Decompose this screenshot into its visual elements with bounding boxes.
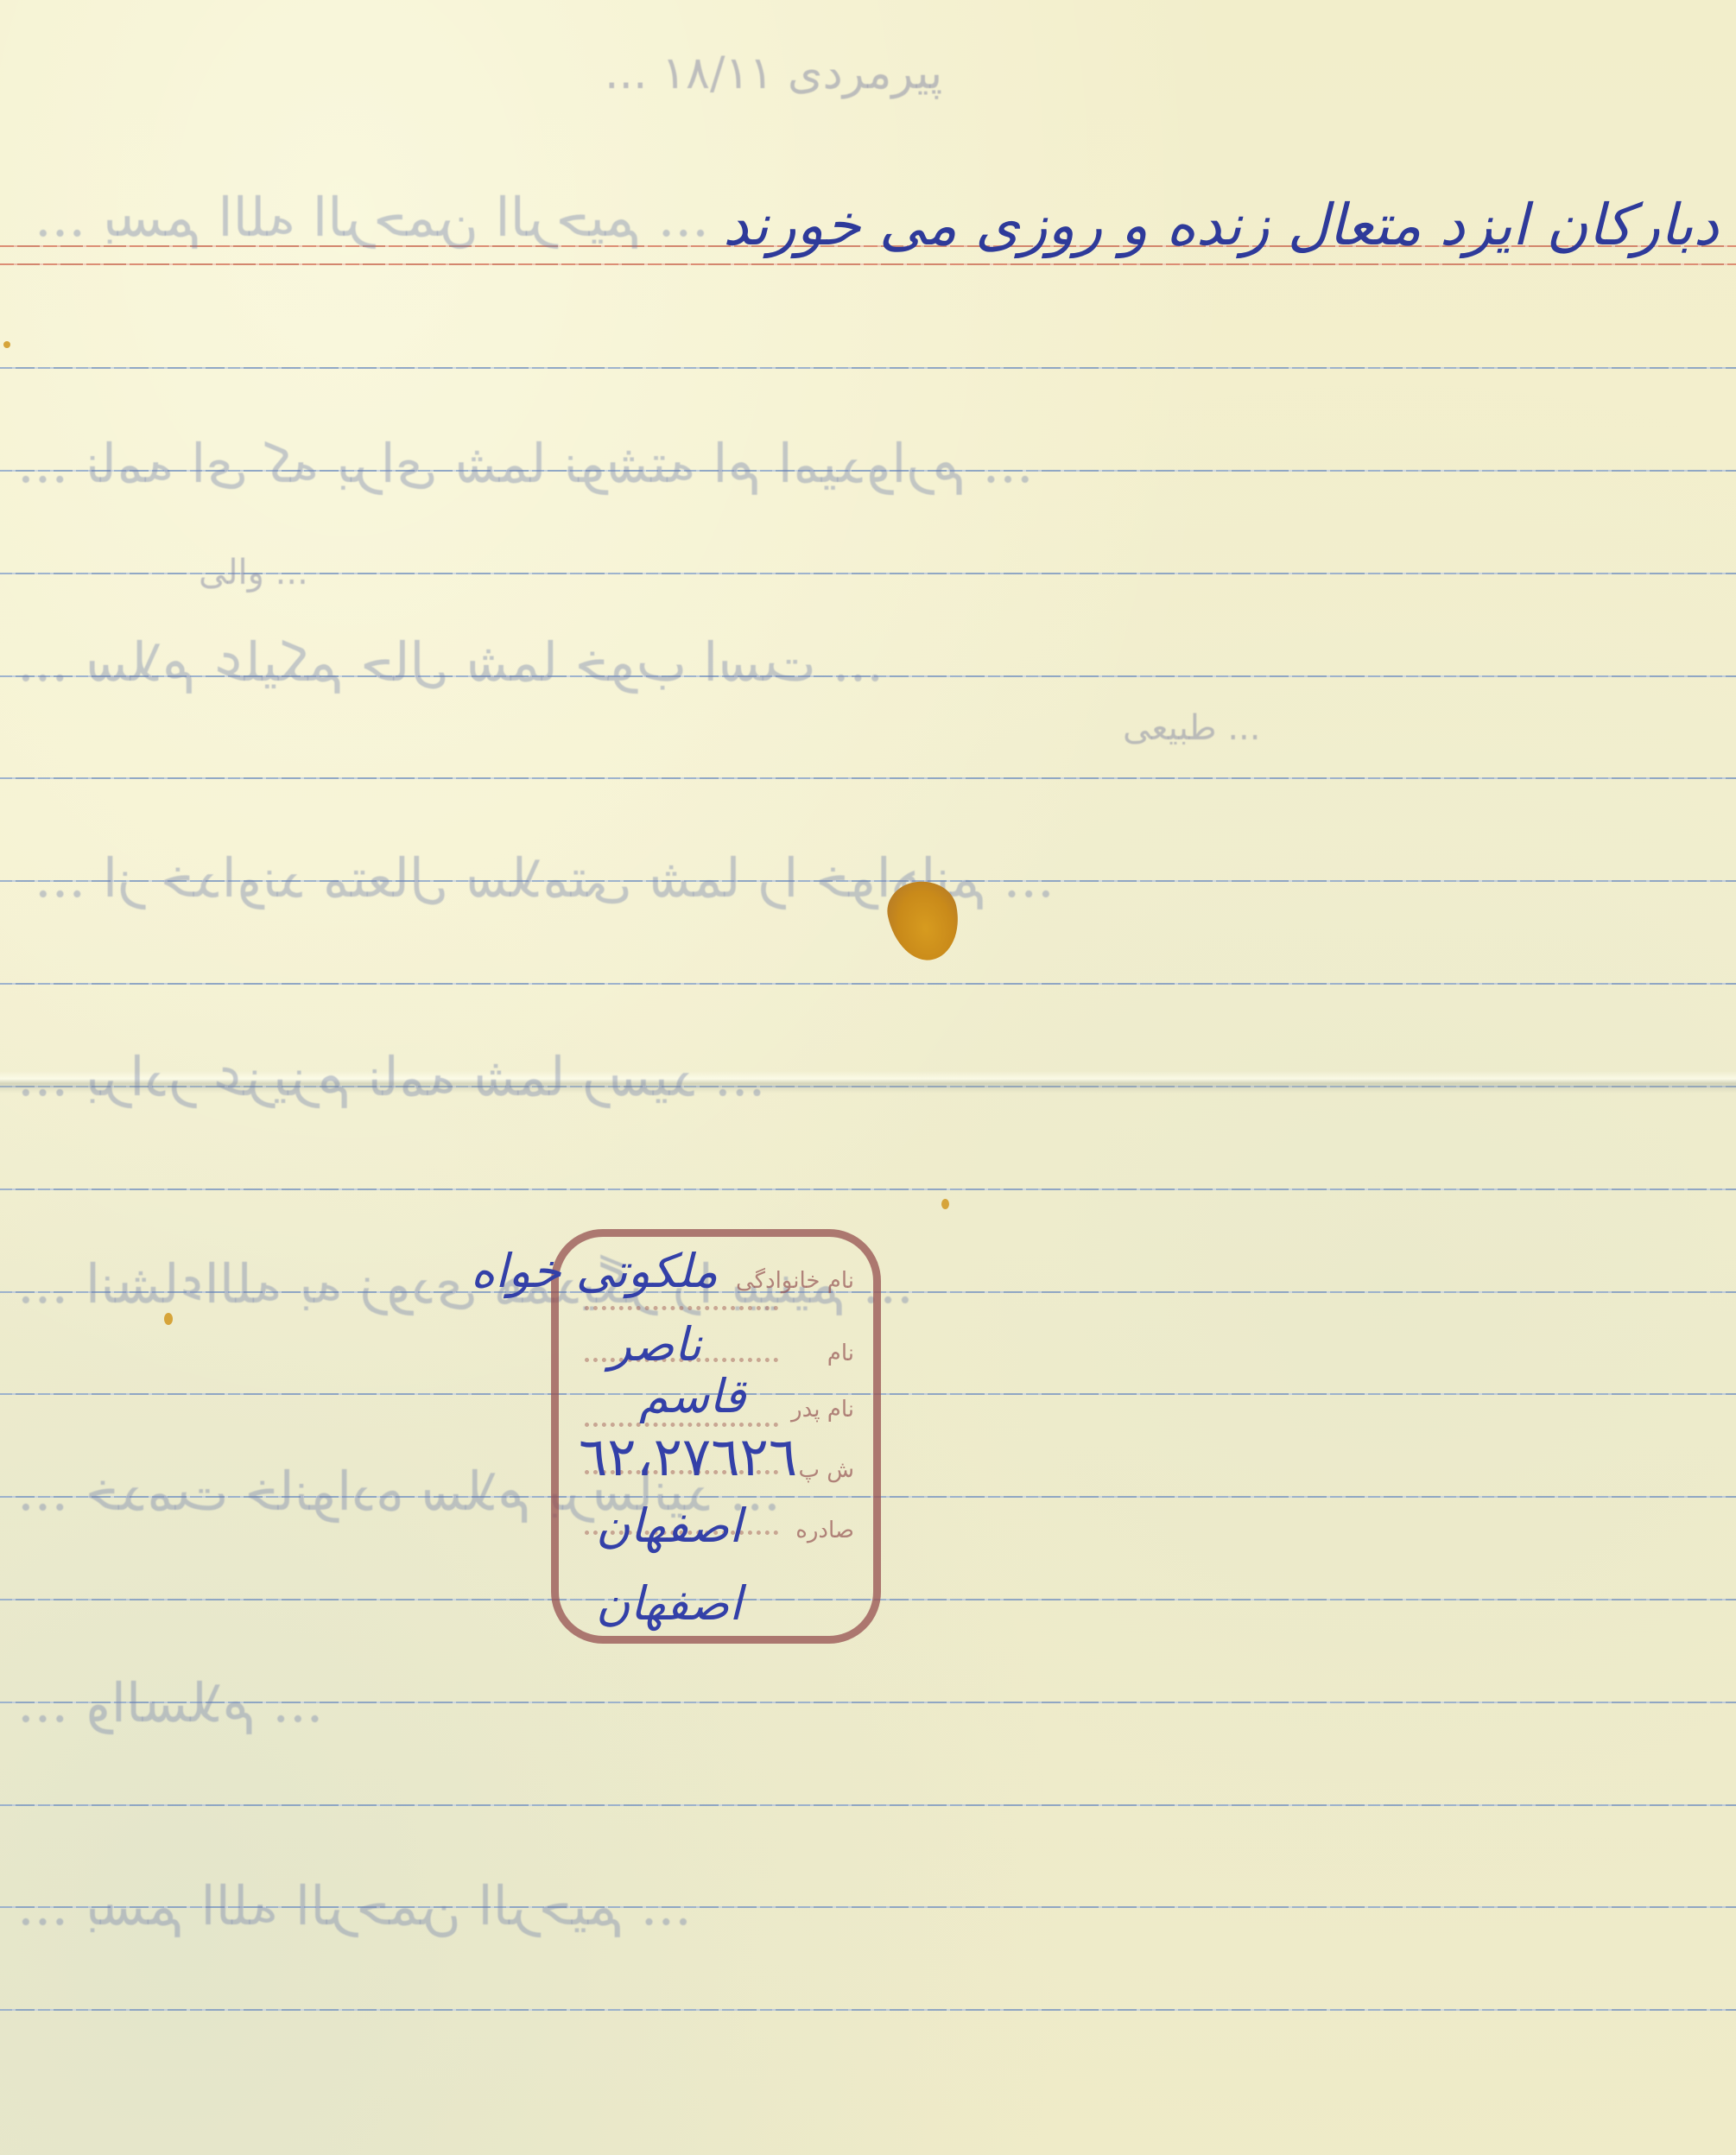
ruled-line xyxy=(0,1188,1736,1190)
margin-rule-bottom xyxy=(0,263,1736,265)
stain-spot xyxy=(3,341,10,348)
stain-spot xyxy=(941,1199,949,1209)
stamp-field-line xyxy=(585,1306,778,1310)
stamp-field-label: نام خانوادگی xyxy=(736,1268,854,1294)
stamp-field-label: نام xyxy=(827,1341,854,1366)
ruled-line xyxy=(0,367,1736,369)
show-through-line: ... سلام علیکم حال شما خوب است ... xyxy=(17,631,884,694)
pencil-note: پیرمردی ۱۸/۱۱ ... xyxy=(605,48,942,99)
stamp-value-extra: اصفهان xyxy=(596,1576,742,1631)
show-through-line: ... نامه ای که برای شما نوشته ام امیدوار… xyxy=(17,432,1034,495)
ruled-line xyxy=(0,1804,1736,1806)
show-through-line: ... والسلام ... xyxy=(17,1671,323,1734)
stamp-field-label: صادره xyxy=(795,1518,854,1543)
stamp-value-issued: اصفهان xyxy=(596,1499,742,1553)
stamp-value-family-name: ملکوتی خواه xyxy=(471,1244,718,1298)
stain-spot xyxy=(164,1313,173,1325)
show-through-line: ... بسم الله الرحمن الرحیم ... xyxy=(17,1874,692,1937)
stamp-value-name: ناصر xyxy=(609,1317,701,1372)
stamp-value-father-name: قاسم xyxy=(639,1369,745,1423)
stamp-field-label: ش پ xyxy=(799,1457,854,1483)
interline-note: ... طبیعی xyxy=(1123,708,1260,748)
ruled-line xyxy=(0,2009,1736,2011)
ruled-line xyxy=(0,777,1736,779)
stamp-field-label: نام پدر xyxy=(791,1397,854,1423)
ruled-line xyxy=(0,983,1736,985)
interline-note: ... والی xyxy=(199,553,308,593)
stamp-value-id-number: ٦٢،٢٧٦٢٦ xyxy=(579,1425,797,1488)
show-through-line: ... برادر عزیزم نامه شما رسید ... xyxy=(17,1045,765,1108)
letter-page: پیرمردی ۱۸/۱۱ ... ... بسم الله الرحمن ال… xyxy=(0,0,1736,2155)
letter-heading: دبارکان ایزد متعال زنده و روزی می خورند xyxy=(605,192,1719,258)
